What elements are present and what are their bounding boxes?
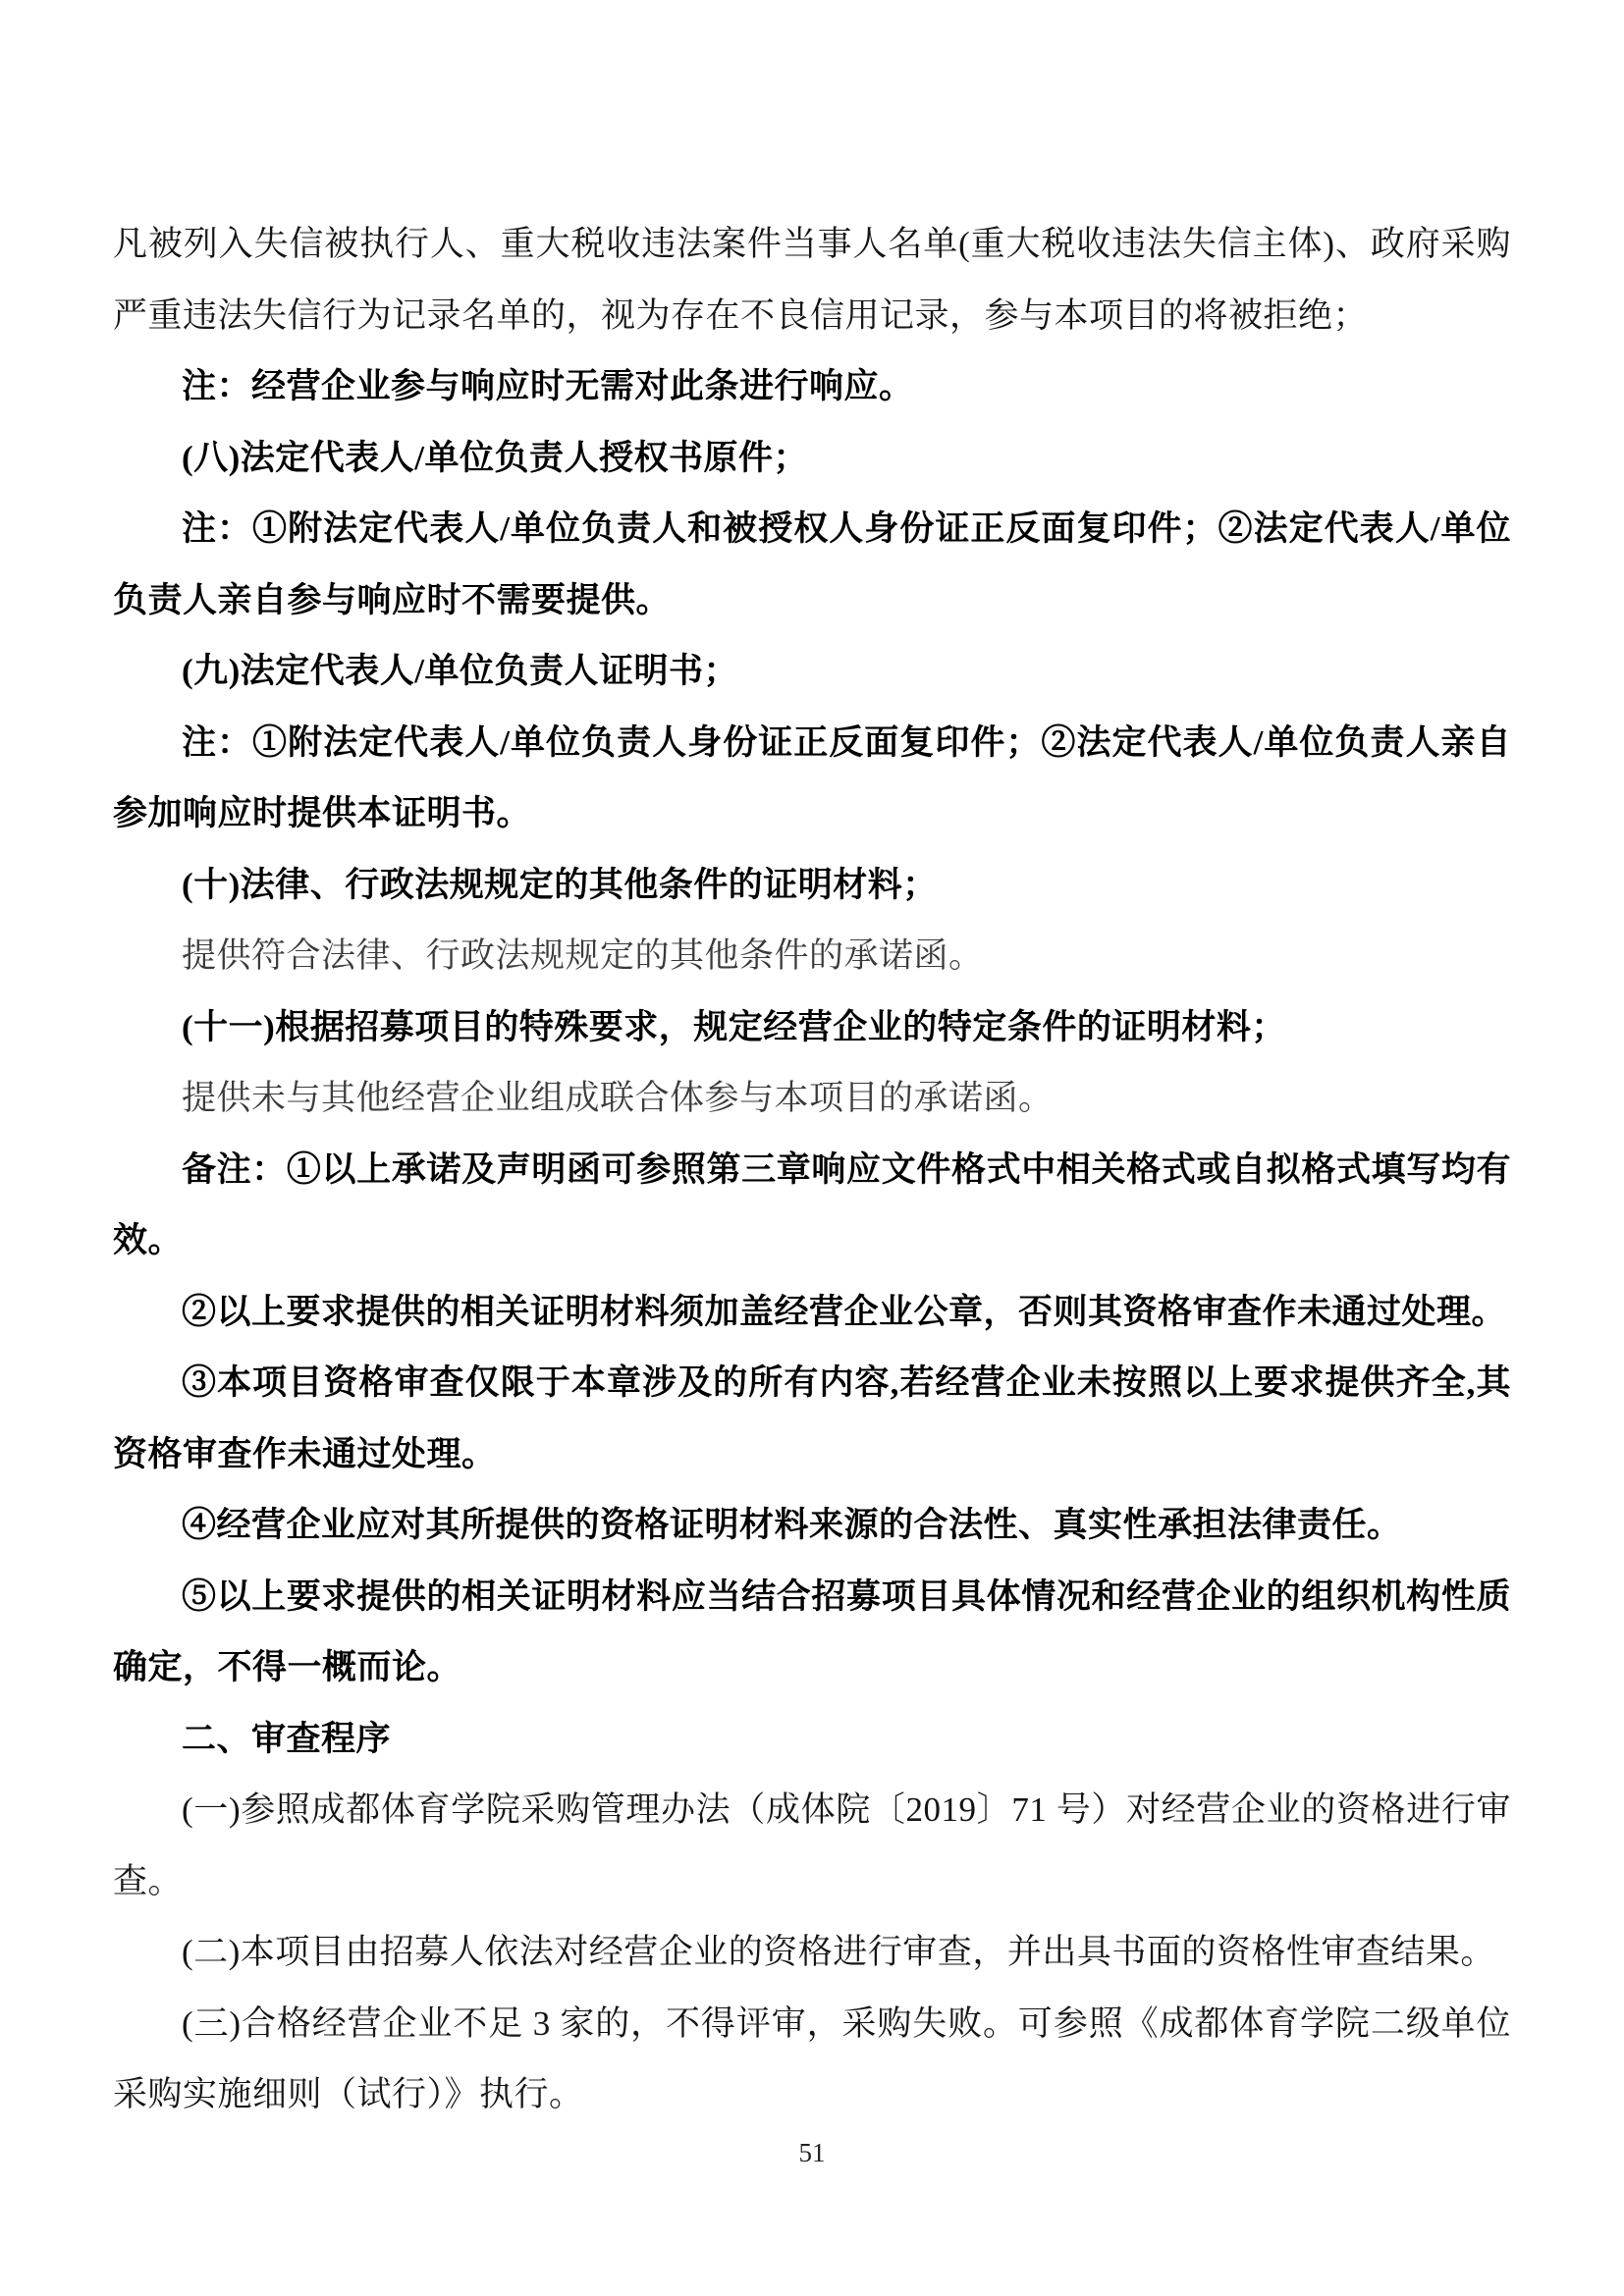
paragraph-credit-record: 凡被列入失信被执行人、重大税收违法案件当事人名单(重大税收违法失信主体)、政府采… bbox=[113, 209, 1511, 351]
document-body: 凡被列入失信被执行人、重大税收违法案件当事人名单(重大税收违法失信主体)、政府采… bbox=[113, 209, 1511, 2131]
document-page: 凡被列入失信被执行人、重大税收违法案件当事人名单(重大税收违法失信主体)、政府采… bbox=[0, 0, 1624, 2296]
paragraph-remark-1: 备注：①以上承诺及声明函可参照第三章响应文件格式中相关格式或自拟格式填写均有效。 bbox=[113, 1135, 1511, 1277]
paragraph-item-10-detail: 提供符合法律、行政法规规定的其他条件的承诺函。 bbox=[113, 921, 1511, 992]
paragraph-item-11-detail: 提供未与其他经营企业组成联合体参与本项目的承诺函。 bbox=[113, 1063, 1511, 1135]
page-number: 51 bbox=[799, 2138, 826, 2167]
section-heading-review-procedure: 二、审查程序 bbox=[113, 1704, 1511, 1776]
paragraph-note-credit: 注：经营企业参与响应时无需对此条进行响应。 bbox=[113, 351, 1511, 423]
paragraph-remark-5: ⑤以上要求提供的相关证明材料应当结合招募项目具体情况和经营企业的组织机构性质确定… bbox=[113, 1562, 1511, 1704]
paragraph-note-item-8: 注：①附法定代表人/单位负责人和被授权人身份证正反面复印件；②法定代表人/单位负… bbox=[113, 494, 1511, 636]
paragraph-note-item-9: 注：①附法定代表人/单位负责人身份证正反面复印件；②法定代表人/单位负责人亲自参… bbox=[113, 708, 1511, 850]
paragraph-procedure-2: (二)本项目由招募人依法对经营企业的资格进行审查，并出具书面的资格性审查结果。 bbox=[113, 1917, 1511, 1989]
paragraph-item-9: (九)法定代表人/单位负责人证明书； bbox=[113, 636, 1511, 708]
paragraph-remark-4: ④经营企业应对其所提供的资格证明材料来源的合法性、真实性承担法律责任。 bbox=[113, 1490, 1511, 1562]
paragraph-item-10: (十)法律、行政法规规定的其他条件的证明材料； bbox=[113, 850, 1511, 922]
paragraph-remark-2: ②以上要求提供的相关证明材料须加盖经营企业公章，否则其资格审查作未通过处理。 bbox=[113, 1277, 1511, 1349]
paragraph-item-8: (八)法定代表人/单位负责人授权书原件； bbox=[113, 423, 1511, 495]
paragraph-item-11: (十一)根据招募项目的特殊要求，规定经营企业的特定条件的证明材料； bbox=[113, 992, 1511, 1064]
paragraph-procedure-1: (一)参照成都体育学院采购管理办法（成体院〔2019〕71 号）对经营企业的资格… bbox=[113, 1775, 1511, 1917]
page-footer: 51 bbox=[0, 2138, 1624, 2168]
paragraph-remark-3: ③本项目资格审查仅限于本章涉及的所有内容,若经营企业未按照以上要求提供齐全,其资… bbox=[113, 1348, 1511, 1490]
paragraph-procedure-3: (三)合格经营企业不足 3 家的，不得评审，采购失败。可参照《成都体育学院二级单… bbox=[113, 1989, 1511, 2131]
